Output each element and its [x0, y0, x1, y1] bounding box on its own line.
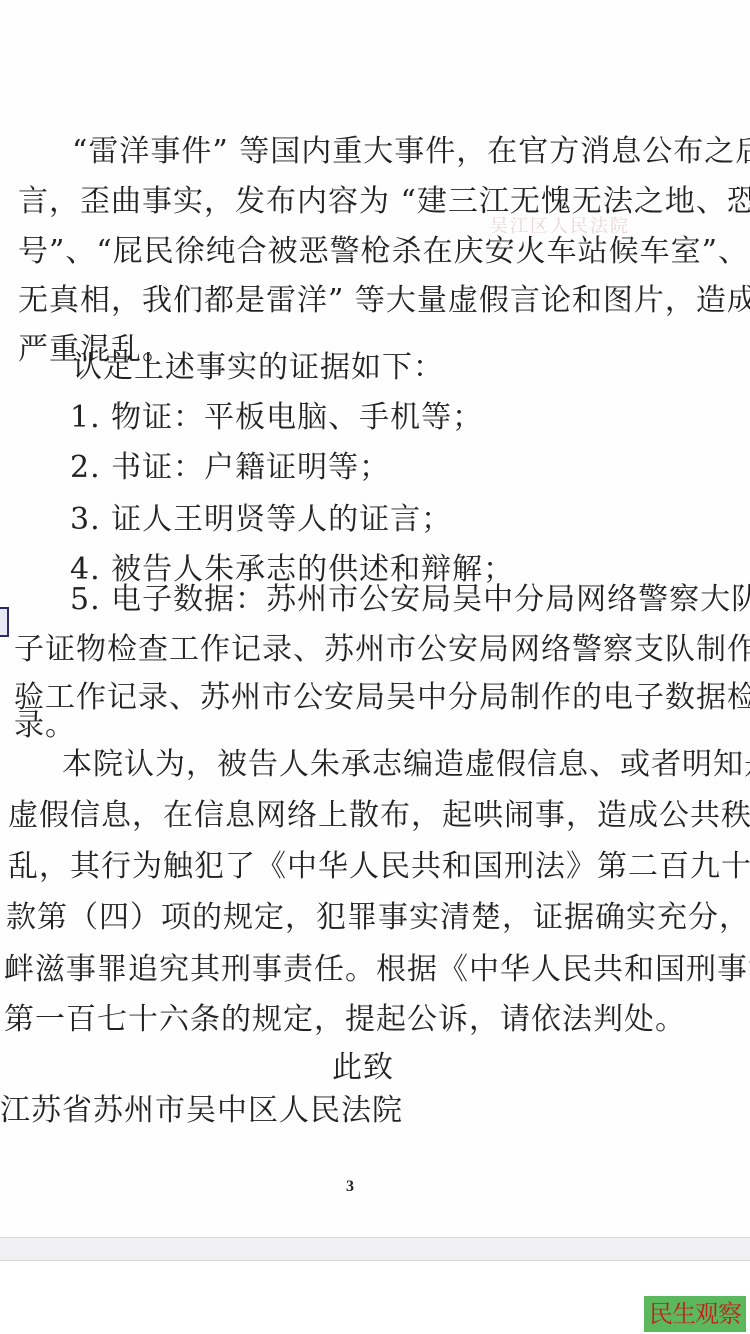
paragraph-line: 无真相，我们都是雷洋” 等大量虚假言论和图片，造成公共秩序 — [18, 281, 750, 321]
salutation: 此致 — [332, 1048, 394, 1088]
seal-stamp-fragment — [0, 607, 9, 637]
evidence-item: 1. 物证：平板电脑、手机等； — [70, 398, 483, 438]
conclusion-line: 款第（四）项的规定，犯罪事实清楚，证据确实充分，应当以寻 — [6, 898, 750, 938]
evidence-intro: 认定上述事实的证据如下： — [72, 348, 444, 388]
evidence-item: 2. 书证：户籍证明等； — [70, 448, 390, 488]
evidence-item: 3. 证人王明贤等人的证言； — [70, 500, 452, 540]
conclusion-line: 本院认为，被告人朱承志编造虚假信息、或者明知是编造的 — [62, 745, 750, 785]
conclusion-line: 第一百七十六条的规定，提起公诉，请依法判处。 — [4, 1000, 686, 1040]
paragraph-line: 言，歪曲事实，发布内容为 “建三江无愧无法之地、恐惧之城称 — [18, 182, 750, 222]
paragraph-line: 号”、“屁民徐纯合被恶警枪杀在庆安火车站候车室”、“雷洋死亡 — [18, 232, 750, 272]
evidence-item-5-line: 录。 — [14, 706, 76, 746]
page-number: 3 — [346, 1178, 354, 1196]
conclusion-line: 虚假信息，在信息网络上散布，起哄闹事，造成公共秩序严重混 — [8, 796, 750, 836]
evidence-item-5-line: 验工作记录、苏州市公安局吴中分局制作的电子数据检查工作记 — [14, 678, 750, 718]
page-divider — [0, 1237, 750, 1261]
watermark-badge: 民生观察 — [644, 1296, 746, 1332]
paragraph-line: “雷洋事件” 等国内重大事件，在官方消息公布之后，仍编造谣 — [72, 132, 750, 172]
evidence-item-5-line: 5. 电子数据：苏州市公安局吴中分局网络警察大队制作的电 — [70, 580, 750, 620]
document-page: 吴江区人民法院 “雷洋事件” 等国内重大事件，在官方消息公布之后，仍编造谣 言，… — [0, 0, 750, 1237]
conclusion-line: 衅滋事罪追究其刑事责任。根据《中华人民共和国刑事诉讼法》 — [4, 950, 750, 990]
conclusion-line: 乱，其行为触犯了《中华人民共和国刑法》第二百九十三条第一 — [8, 847, 750, 887]
evidence-item-5-line: 子证物检查工作记录、苏州市公安局网络警察支队制作的远程勘 — [14, 630, 750, 670]
addressee: 江苏省苏州市吴中区人民法院 — [0, 1091, 403, 1131]
